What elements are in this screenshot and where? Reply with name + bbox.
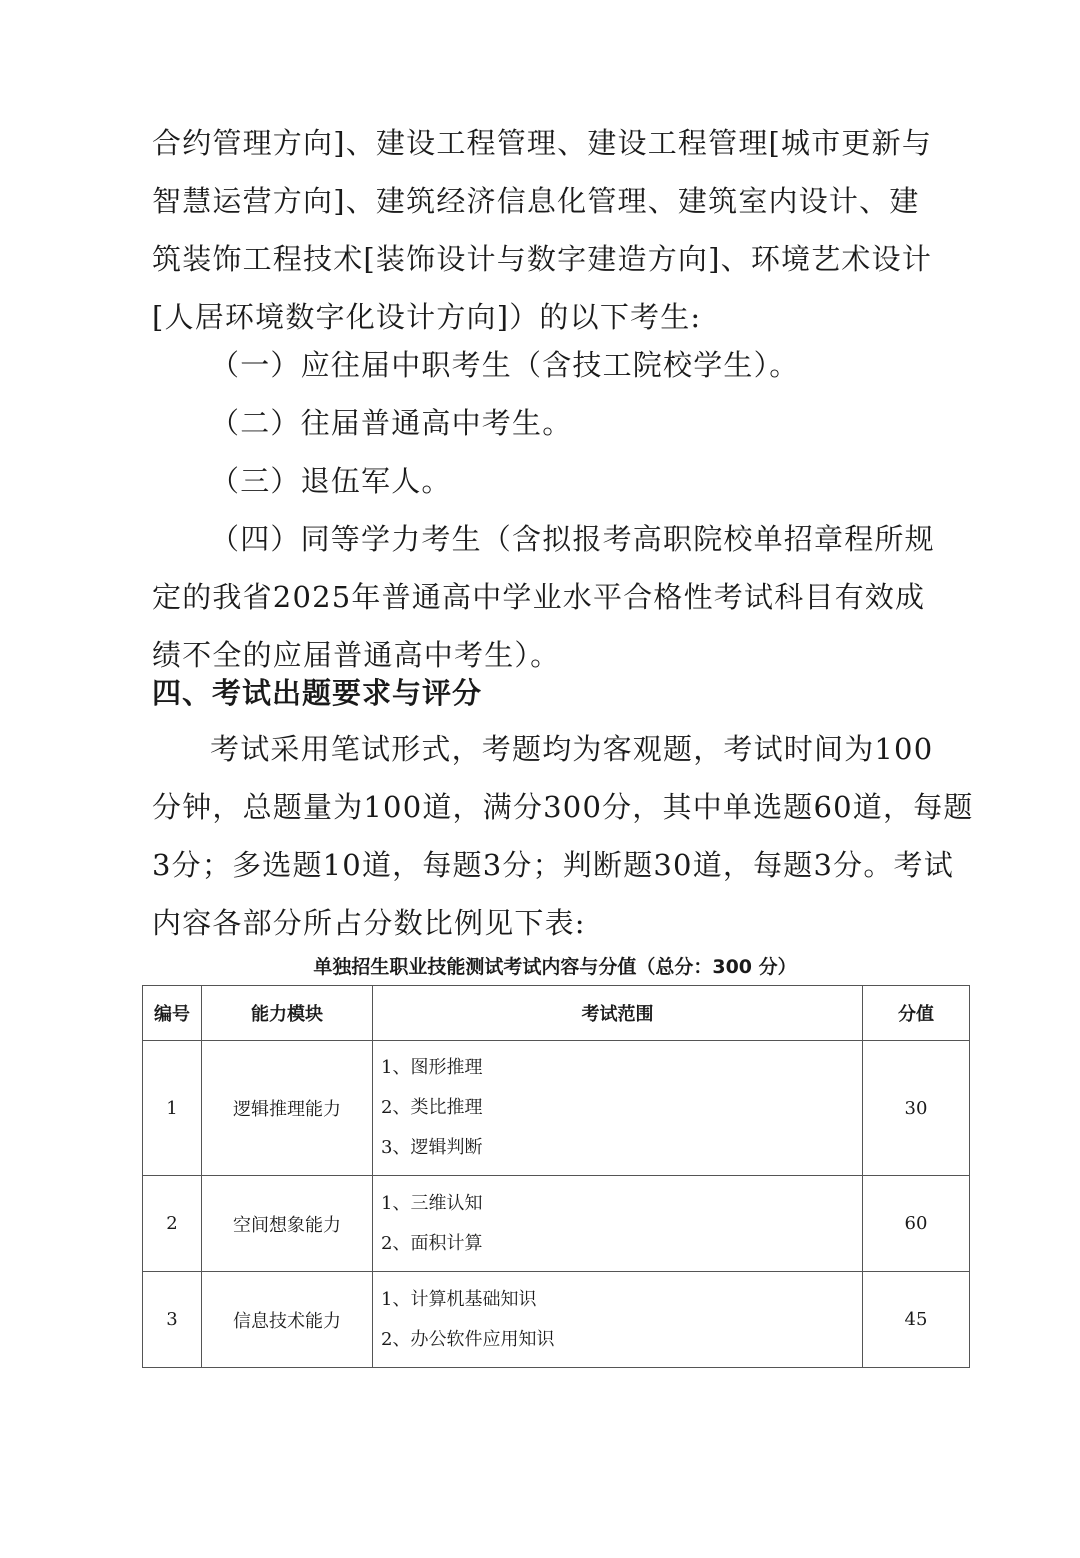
- cell-module: 空间想象能力: [202, 1176, 373, 1272]
- candidate-item-1: （一）应往届中职考生（含技工院校学生）。: [152, 336, 942, 394]
- table-title: 单独招生职业技能测试考试内容与分值（总分：300 分）: [140, 952, 970, 979]
- cell-no: 3: [143, 1272, 202, 1368]
- scope-item: 2、类比推理: [373, 1088, 862, 1128]
- cell-score: 45: [863, 1272, 970, 1368]
- score-table: 编号 能力模块 考试范围 分值 1 逻辑推理能力 1、图形推理 2、类比推理 3…: [142, 985, 970, 1368]
- table-row: 3 信息技术能力 1、计算机基础知识 2、办公软件应用知识 45: [143, 1272, 970, 1368]
- cell-score: 30: [863, 1041, 970, 1176]
- section-body: 考试采用笔试形式，考题均为客观题，考试时间为100 分钟，总题量为100道，满分…: [152, 720, 942, 952]
- paragraph-continuation: 合约管理方向]、建设工程管理、建设工程管理[城市更新与 智慧运营方向]、建筑经济…: [152, 114, 942, 346]
- text-line: 分钟，总题量为100道，满分300分，其中单选题60道，每题: [152, 778, 942, 836]
- cell-no: 1: [143, 1041, 202, 1176]
- text-line: 合约管理方向]、建设工程管理、建设工程管理[城市更新与: [152, 114, 942, 172]
- table-row: 1 逻辑推理能力 1、图形推理 2、类比推理 3、逻辑判断 30: [143, 1041, 970, 1176]
- section-heading: 四、考试出题要求与评分: [152, 664, 482, 722]
- candidate-item-4: （四）同等学力考生（含拟报考高职院校单招章程所规: [152, 510, 942, 568]
- scope-item: 2、面积计算: [373, 1224, 862, 1264]
- scope-item: 2、办公软件应用知识: [373, 1320, 862, 1360]
- candidate-list: （一）应往届中职考生（含技工院校学生）。 （二）往届普通高中考生。 （三）退伍军…: [152, 336, 942, 684]
- cell-score: 60: [863, 1176, 970, 1272]
- cell-module: 逻辑推理能力: [202, 1041, 373, 1176]
- scope-item: 3、逻辑判断: [373, 1128, 862, 1168]
- scope-item: 1、三维认知: [373, 1184, 862, 1224]
- text-line: 定的我省2025年普通高中学业水平合格性考试科目有效成: [152, 568, 942, 626]
- text-line: 智慧运营方向]、建筑经济信息化管理、建筑室内设计、建: [152, 172, 942, 230]
- cell-scope: 1、计算机基础知识 2、办公软件应用知识: [373, 1272, 863, 1368]
- text-line: 3分；多选题10道，每题3分；判断题30道，每题3分。考试: [152, 836, 942, 894]
- scope-item: 1、计算机基础知识: [373, 1280, 862, 1320]
- candidate-item-2: （二）往届普通高中考生。: [152, 394, 942, 452]
- cell-module: 信息技术能力: [202, 1272, 373, 1368]
- table-row: 2 空间想象能力 1、三维认知 2、面积计算 60: [143, 1176, 970, 1272]
- header-no: 编号: [143, 986, 202, 1041]
- cell-no: 2: [143, 1176, 202, 1272]
- candidate-item-3: （三）退伍军人。: [152, 452, 942, 510]
- cell-scope: 1、三维认知 2、面积计算: [373, 1176, 863, 1272]
- table-header-row: 编号 能力模块 考试范围 分值: [143, 986, 970, 1041]
- text-line: 考试采用笔试形式，考题均为客观题，考试时间为100: [152, 720, 942, 778]
- text-line: 内容各部分所占分数比例见下表:: [152, 894, 942, 952]
- document-page: 合约管理方向]、建设工程管理、建设工程管理[城市更新与 智慧运营方向]、建筑经济…: [0, 0, 1080, 1558]
- scope-item: 1、图形推理: [373, 1048, 862, 1088]
- header-score: 分值: [863, 986, 970, 1041]
- header-module: 能力模块: [202, 986, 373, 1041]
- header-scope: 考试范围: [373, 986, 863, 1041]
- cell-scope: 1、图形推理 2、类比推理 3、逻辑判断: [373, 1041, 863, 1176]
- text-line: 筑装饰工程技术[装饰设计与数字建造方向]、环境艺术设计: [152, 230, 942, 288]
